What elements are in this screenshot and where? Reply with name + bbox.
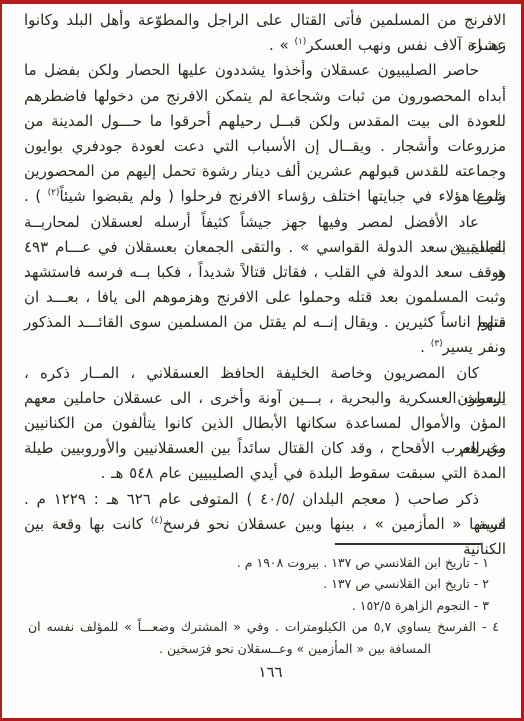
main-text: الافرنج من المسلمين فأتى القتال على الرا…: [2, 4, 521, 537]
footnote-line: ٣ - النجوم الزاهرة ١٥٢/٥ .: [2, 595, 521, 617]
footnote-line: ٤ - الفرسخ يساوي ٥,٧ من الكيلومترات . وف…: [2, 616, 521, 638]
text-line: وجماعته للقدس قبولهم عشرين ألف دينار رشو…: [24, 159, 506, 184]
text-line: ذكر صاحب ( معجم البلدان /٤٠/٥ ) المتوفى …: [24, 487, 506, 512]
footnote-separator: [335, 543, 481, 545]
footnote-marker: (١): [294, 37, 306, 47]
text-line: البعوث العسكرية والبحرية ، بـــين آونة و…: [24, 386, 506, 411]
text-line: المدة التي سبقت سقوط البلدة في أيدي الصل…: [24, 461, 506, 486]
text-line: شرع هؤلاء في جبايتها اختلف رؤساء الافرنج…: [24, 184, 506, 209]
footnote-marker: (٤): [151, 516, 163, 526]
text-line: للعودة الى بيت المقدس ولكن قبــل رحيلهم …: [24, 109, 506, 134]
text-line: من العرب الأقحاح ، وقد كان القتال سائداً…: [24, 436, 506, 461]
text-line: عشرة آلاف نفس ونهب العسكر(١) » .: [24, 33, 506, 58]
text-line: حاصر الصليبيون عسقلان وأخذوا يشددون عليه…: [24, 58, 506, 83]
text-line: منهم اناساً كثيرين . ويقال إنــه لم يقتل…: [24, 310, 506, 335]
book-page: الافرنج من المسلمين فأتى القتال على الرا…: [0, 0, 524, 721]
text-line: عاد الأفضل لمصر وفيها جهز جيشاً كثيفاً أ…: [24, 210, 506, 235]
footnote-marker: (٣): [431, 339, 443, 349]
footnote-line: ٢ - تاريخ ابن القلانسي ص ١٣٧ .: [2, 573, 521, 595]
text-line: الافرنج من المسلمين فأتى القتال على الرا…: [24, 8, 506, 33]
text-line: بقيادة « سعد الدولة القواسي » . والتقى ا…: [24, 235, 506, 260]
footnote-line: ١ - تاريخ ابن القلانسي ص ١٣٧ . بيروت ١٩٠…: [2, 552, 521, 574]
text-line: أبداه المحصورون من ثبات وشجاعة لم يتمكن …: [24, 84, 506, 109]
footnote-marker: (٢): [48, 188, 60, 198]
text-line: وثبت المسلمون بعد قتله وحملوا على الافرن…: [24, 285, 506, 310]
text-line: المؤن والأموال لمساعدة سكانها الأبطال ال…: [24, 411, 506, 436]
page-number: ١٦٦: [20, 663, 521, 681]
footnotes: ١ - تاريخ ابن القلانسي ص ١٣٧ . بيروت ١٩٠…: [2, 552, 521, 660]
text-line: مزروعات وأشجار . ويقــال إن الأسباب التي…: [24, 134, 506, 159]
text-line: اسمها « المأزمين » ، بينها وبين عسقلان ن…: [24, 512, 506, 537]
footnote-line: المسافة بين « المأزمين » وعــسقلان نحو ف…: [2, 638, 521, 660]
text-line: كان المصريون وخاصة الخليفة الحافظ العسقل…: [24, 361, 506, 386]
text-line: ووقف سعد الدولة في القلب ، فقاتل قتالاً …: [24, 260, 506, 285]
text-line: ونفر يسير(٣) .: [24, 335, 506, 360]
